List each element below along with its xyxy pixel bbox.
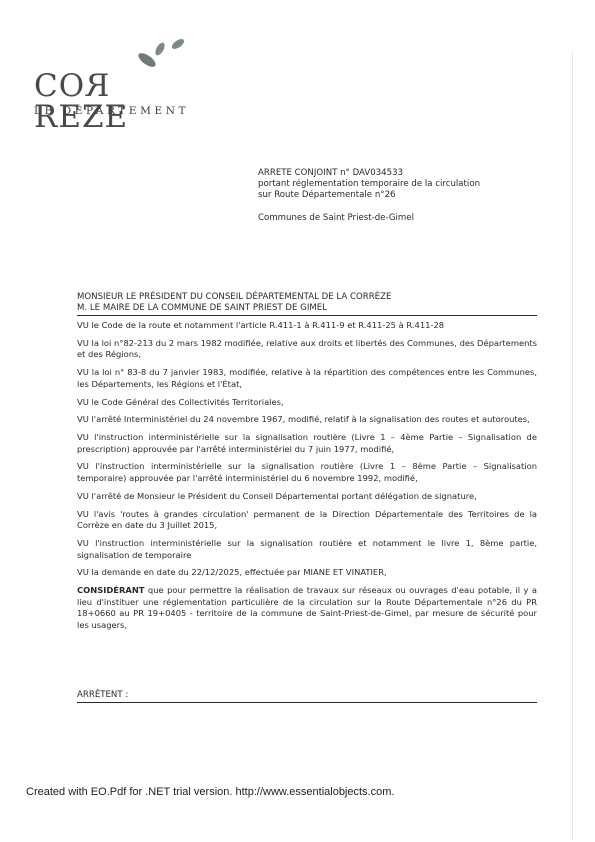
vu-text: le Code Général des Collectivités Territ… xyxy=(89,397,284,407)
vu-lead: VU xyxy=(77,367,89,377)
decree-subject: portant réglementation temporaire de la … xyxy=(258,179,480,190)
vu-paragraph: VU le Code Général des Collectivités Ter… xyxy=(77,397,537,409)
vu-lead: VU xyxy=(77,538,89,548)
vu-lead: VU xyxy=(77,320,89,330)
decree-number: ARRETE CONJOINT n° DAV034533 xyxy=(258,168,480,179)
vu-paragraph: VU l'arrêté Interministériel du 24 novem… xyxy=(77,414,537,426)
vu-lead: VU xyxy=(77,432,89,442)
vu-text: l'arrêté de Monsieur le Président du Con… xyxy=(89,491,477,501)
vu-paragraph: VU l'instruction interministérielle sur … xyxy=(77,432,537,455)
vu-text: l'arrêté Interministériel du 24 novembre… xyxy=(89,414,530,424)
vu-text: la loi n° 83-8 du 7 janvier 1983, modifi… xyxy=(77,367,537,389)
vu-text: la loi n°82-213 du 2 mars 1982 modifiée,… xyxy=(77,338,537,360)
vu-lead: VU xyxy=(77,338,89,348)
trial-watermark: Created with EO.Pdf for .NET trial versi… xyxy=(26,786,394,798)
decree-title-block: ARRETE CONJOINT n° DAV034533 portant rég… xyxy=(258,168,480,224)
scan-edge-artifact xyxy=(572,50,573,840)
vu-lead: VU xyxy=(77,567,89,577)
vu-paragraph: VU l'avis 'routes à grandes circulation'… xyxy=(77,509,537,532)
considerant-lead: CONSIDÉRANT xyxy=(77,585,145,595)
decree-road: sur Route Départementale n°26 xyxy=(258,190,480,201)
vu-lead: VU xyxy=(77,509,89,519)
vu-lead: VU xyxy=(77,491,89,501)
considerant-paragraph: CONSIDÉRANT que pour permettre la réalis… xyxy=(77,585,537,631)
vu-text: le Code de la route et notamment l'artic… xyxy=(89,320,444,330)
logo-word-reversed-r: R xyxy=(85,71,109,102)
logo-wordmark: CORREZE xyxy=(34,71,197,133)
vu-lead: VU xyxy=(77,461,89,471)
decree-communes: Communes de Saint Priest-de-Gimel xyxy=(258,213,480,224)
vu-text: l'instruction interministérielle sur la … xyxy=(77,432,537,454)
document-page: CORREZE LE DÉPARTEMENT ARRETE CONJOINT n… xyxy=(0,0,595,842)
vu-lead: VU xyxy=(77,397,89,407)
vu-text: l'instruction interministérielle sur la … xyxy=(77,461,537,483)
vu-lead: VU xyxy=(77,414,89,424)
logo-subtitle: LE DÉPARTEMENT xyxy=(34,106,189,117)
vu-paragraph: VU le Code de la route et notamment l'ar… xyxy=(77,320,537,332)
correze-logo: CORREZE LE DÉPARTEMENT xyxy=(32,28,197,113)
arretent-heading: ARRÊTENT : xyxy=(77,690,537,703)
vu-text: l'avis 'routes à grandes circulation' pe… xyxy=(77,509,537,531)
authority-mayor: M. LE MAIRE DE LA COMMUNE DE SAINT PRIES… xyxy=(77,303,537,316)
vu-paragraph: VU la loi n°82-213 du 2 mars 1982 modifi… xyxy=(77,338,537,361)
vu-paragraph: VU l'arrêté de Monsieur le Président du … xyxy=(77,491,537,503)
vu-paragraph: VU la loi n° 83-8 du 7 janvier 1983, mod… xyxy=(77,367,537,390)
decree-body: VU le Code de la route et notamment l'ar… xyxy=(77,320,537,638)
vu-text: la demande en date du 22/12/2025, effect… xyxy=(89,567,387,577)
vu-text: l'instruction interministérielle sur la … xyxy=(77,538,537,560)
authority-president: MONSIEUR LE PRÉSIDENT DU CONSEIL DÉPARTE… xyxy=(77,292,537,303)
vu-paragraph: VU l'instruction interministérielle sur … xyxy=(77,538,537,561)
vu-paragraph: VU l'instruction interministérielle sur … xyxy=(77,461,537,484)
authority-block: MONSIEUR LE PRÉSIDENT DU CONSEIL DÉPARTE… xyxy=(77,292,537,316)
considerant-text: que pour permettre la réalisation de tra… xyxy=(77,585,537,630)
vu-paragraph: VU la demande en date du 22/12/2025, eff… xyxy=(77,567,537,579)
